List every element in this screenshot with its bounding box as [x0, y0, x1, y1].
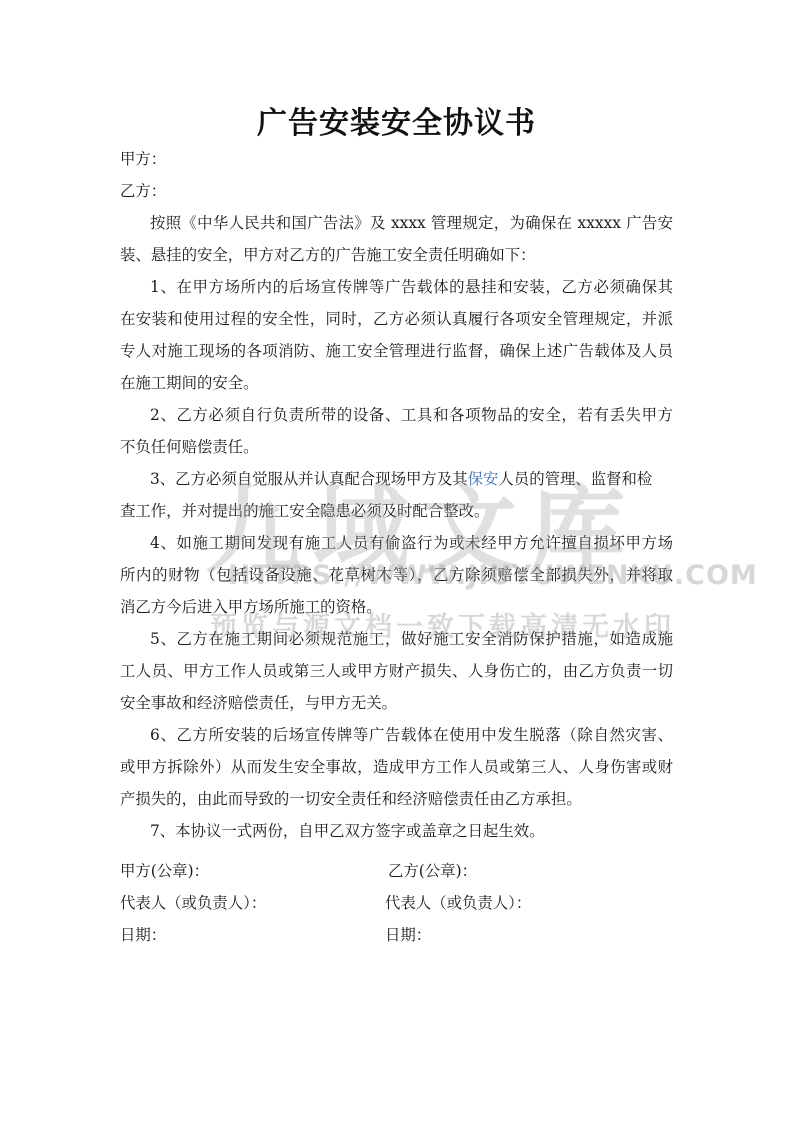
signature-left: 甲方(公章)： 代表人（或负责人）： 日期：	[120, 855, 266, 951]
clause-6-line-3: 产损失的，由此而导致的一切安全责任和经济赔偿责任由乙方承担。	[120, 783, 673, 815]
clause-4-line-3: 消乙方今后进入甲方场所施工的资格。	[120, 591, 673, 623]
clause-2-line-2: 不负任何赔偿责任。	[120, 431, 673, 463]
intro-line-2: 装、悬挂的安全，甲方对乙方的广告施工安全责任明确如下：	[120, 239, 673, 271]
clause-1-line-3: 专人对施工现场的各项消防、施工安全管理进行监督，确保上述广告载体及人员	[120, 335, 673, 367]
party-b-label: 乙方：	[120, 175, 673, 207]
signature-right: 乙方(公章)： 代表人（或负责人）： 日期：	[385, 855, 531, 951]
document-body: 甲方： 乙方： 按照《中华人民共和国广告法》及 xxxx 管理规定，为确保在 x…	[120, 143, 673, 847]
document-page: 广告安装安全协议书 甲方： 乙方： 按照《中华人民共和国广告法》及 xxxx 管…	[0, 0, 793, 1122]
clause-4-line-1: 4、如施工期间发现有施工人员有偷盗行为或未经甲方允许擅自损坏甲方场	[120, 527, 673, 559]
party-b-seal-label: 乙方(公章)：	[385, 855, 531, 887]
clause-3-line-1: 3、乙方必须自觉服从并认真配合现场甲方及其保安人员的管理、监督和检	[120, 463, 673, 495]
party-a-representative-label: 代表人（或负责人）：	[120, 887, 266, 919]
clause-4-line-2: 所内的财物（包括设备设施、花草树木等），乙方除须赔偿全部损失外，并将取	[120, 559, 673, 591]
clause-3-line-2: 查工作，并对提出的施工安全隐患必须及时配合整改。	[120, 495, 673, 527]
clause-6-line-2: 或甲方拆除外）从而发生安全事故，造成甲方工作人员或第三人、人身伤害或财	[120, 751, 673, 783]
clause-1-line-1: 1、在甲方场所内的后场宣传牌等广告载体的悬挂和安装，乙方必须确保其	[120, 271, 673, 303]
party-a-seal-label: 甲方(公章)：	[120, 855, 266, 887]
party-a-label: 甲方：	[120, 143, 673, 175]
party-b-date-label: 日期：	[385, 919, 531, 951]
clause-5-line-2: 工人员、甲方工作人员或第三人或甲方财产损失、人身伤亡的，由乙方负责一切	[120, 655, 673, 687]
clause-5-line-1: 5、乙方在施工期间必须规范施工，做好施工安全消防保护措施，如造成施	[120, 623, 673, 655]
clause-1-line-2: 在安装和使用过程的安全性，同时，乙方必须认真履行各项安全管理规定，并派	[120, 303, 673, 335]
clause-3-text-before: 3、乙方必须自觉服从并认真配合现场甲方及其	[150, 470, 468, 488]
party-b-representative-label: 代表人（或负责人）：	[385, 887, 531, 919]
clause-3-text-after: 人员的管理、监督和检	[498, 470, 652, 488]
document-title: 广告安装安全协议书	[0, 98, 793, 142]
clause-2-line-1: 2、乙方必须自行负责所带的设备、工具和各项物品的安全，若有丢失甲方	[120, 399, 673, 431]
party-a-date-label: 日期：	[120, 919, 266, 951]
clause-5-line-3: 安全事故和经济赔偿责任，与甲方无关。	[120, 687, 673, 719]
clause-6-line-1: 6、乙方所安装的后场宣传牌等广告载体在使用中发生脱落（除自然灾害、	[120, 719, 673, 751]
intro-line-1: 按照《中华人民共和国广告法》及 xxxx 管理规定，为确保在 xxxxx 广告安	[120, 207, 673, 239]
security-link[interactable]: 保安	[468, 470, 499, 488]
clause-1-line-4: 在施工期间的安全。	[120, 367, 673, 399]
clause-7-line-1: 7、本协议一式两份，自甲乙双方签字或盖章之日起生效。	[120, 815, 673, 847]
